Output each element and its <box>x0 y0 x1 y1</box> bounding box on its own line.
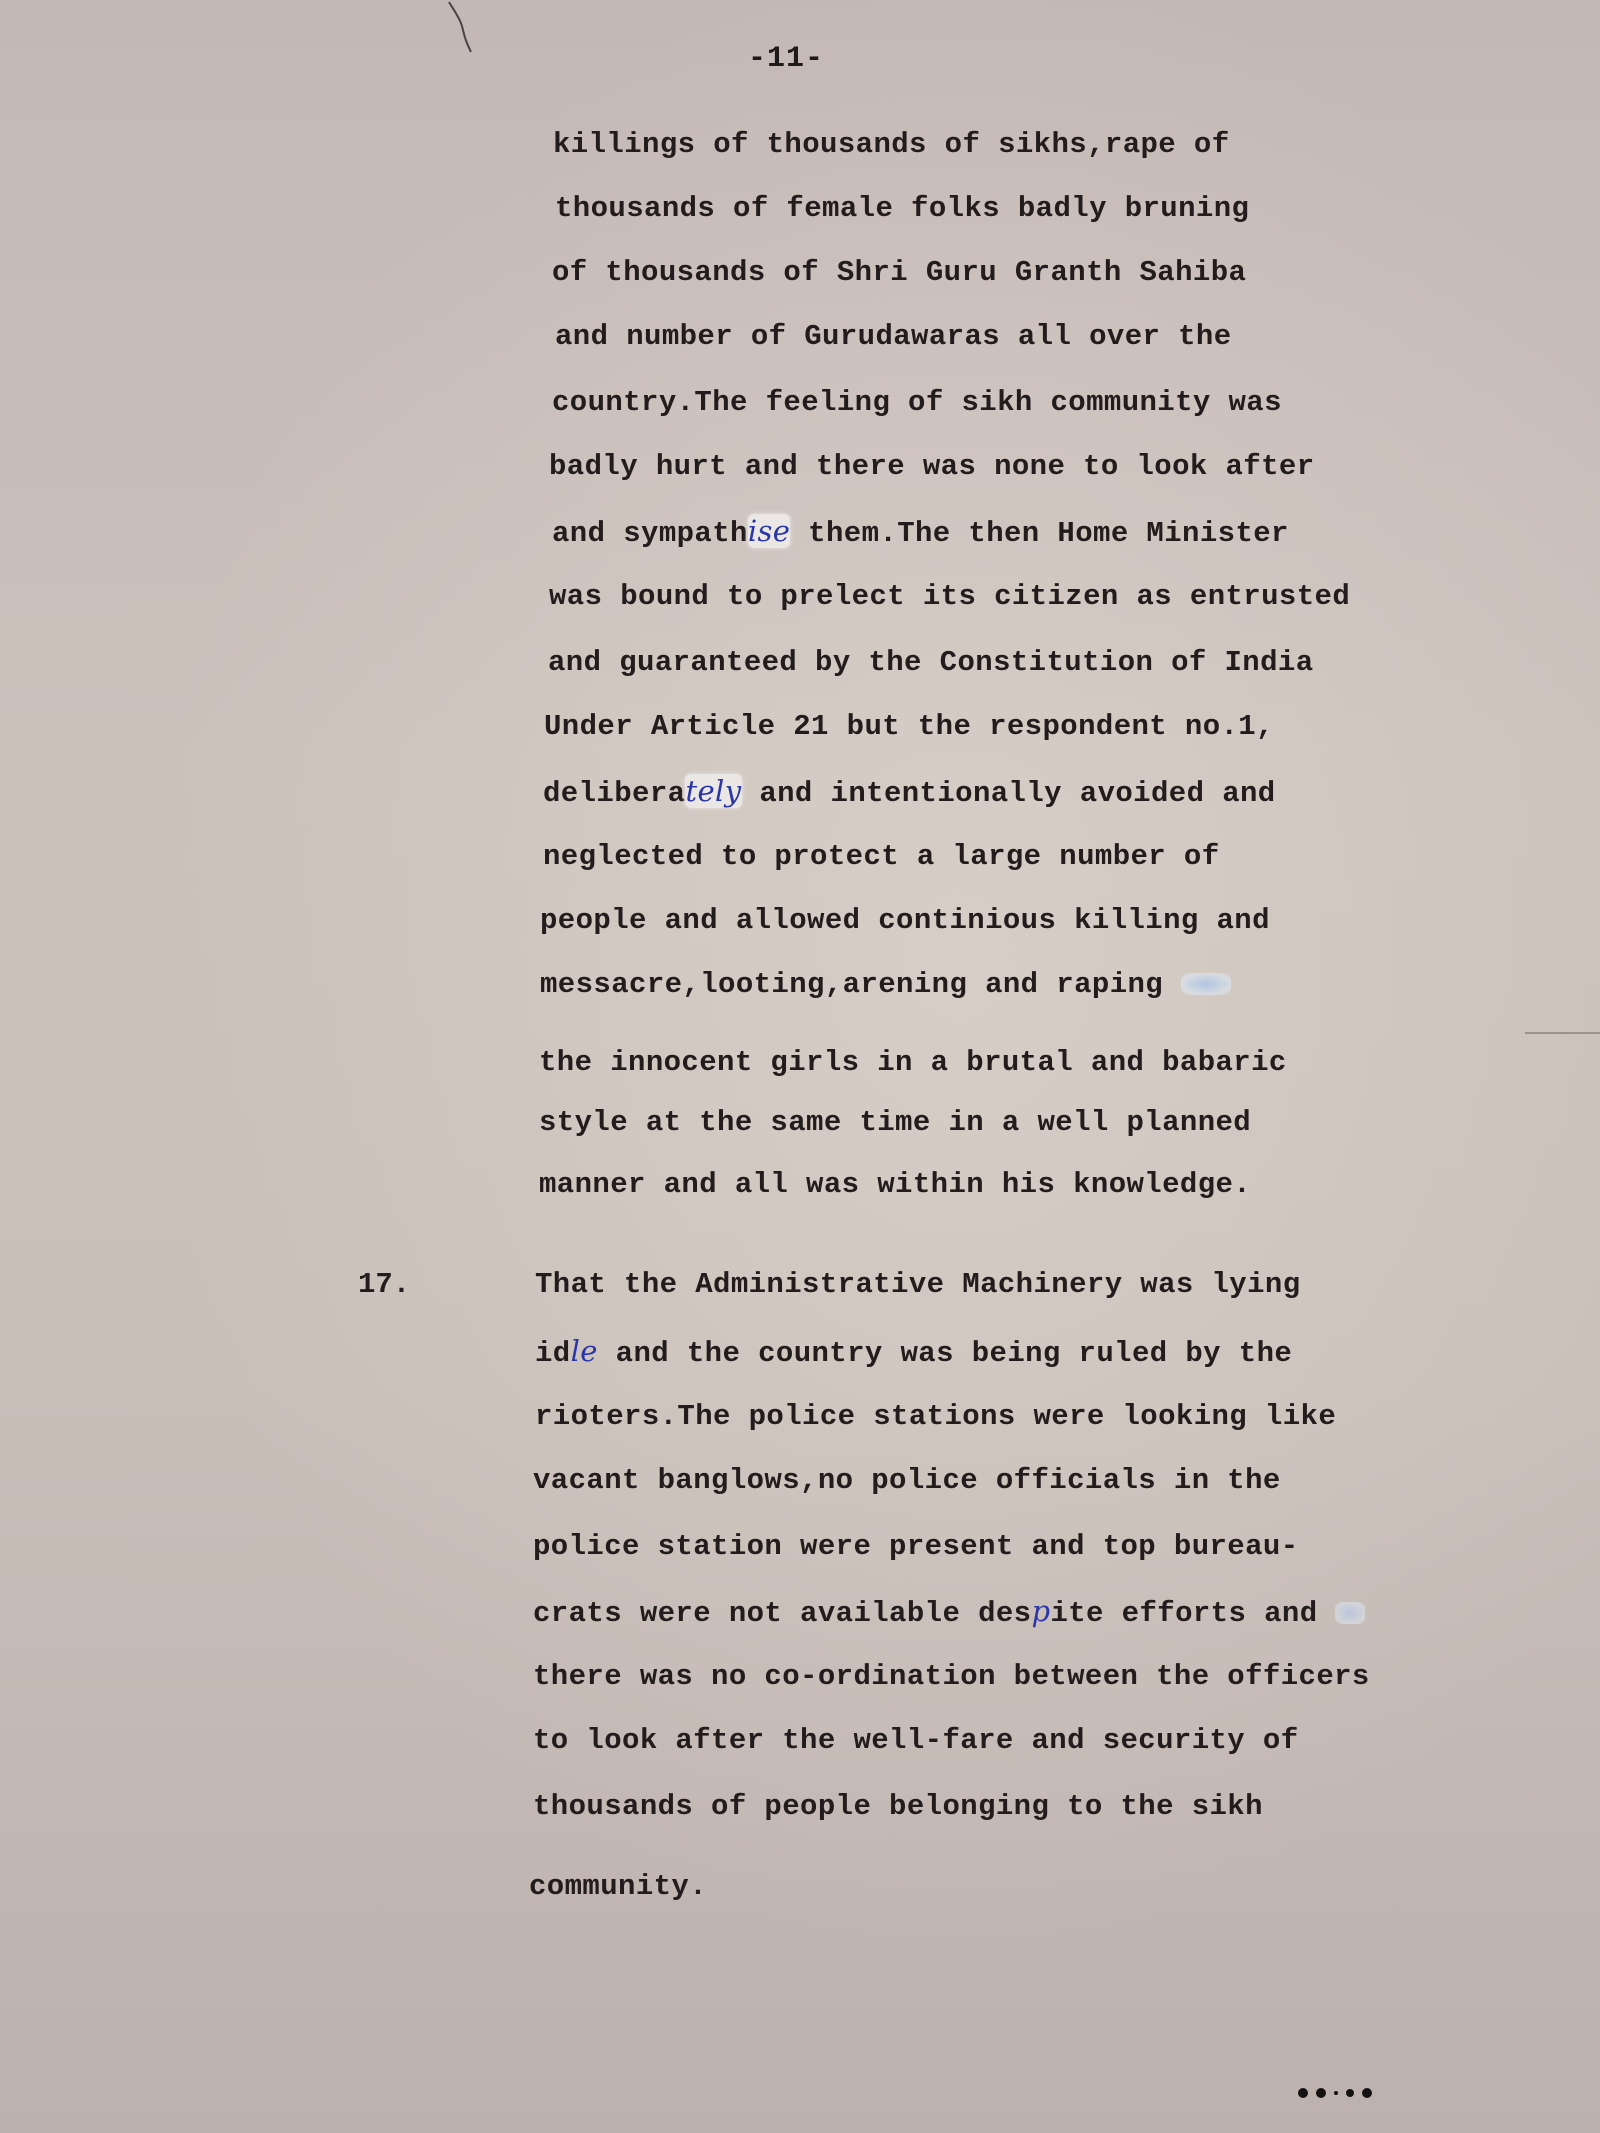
text-line-with-whiteout: messacre,looting,arening and raping <box>540 968 1231 1001</box>
text-line: was bound to prelect its citizen as entr… <box>549 580 1350 613</box>
continuation-dot <box>1334 2091 1338 2095</box>
text-line: the innocent girls in a brutal and babar… <box>539 1046 1287 1079</box>
text-line: vacant banglows,no police officials in t… <box>533 1464 1281 1497</box>
text-line: That the Administrative Machinery was ly… <box>535 1268 1301 1301</box>
correction-fluid-mark <box>1181 973 1231 995</box>
pen-scratch-mark <box>447 0 477 55</box>
text-line-with-correction: crats were not available despite efforts… <box>533 1594 1365 1630</box>
handwritten-correction: tely <box>685 774 741 808</box>
document-page: -11- killings of thousands of sikhs,rape… <box>0 0 1600 2133</box>
text-line: to look after the well-fare and security… <box>533 1724 1299 1757</box>
text-line: killings of thousands of sikhs,rape of <box>553 128 1230 161</box>
handwritten-correction: le <box>571 1334 598 1368</box>
paper-edge-mark <box>1525 1030 1600 1036</box>
text-line: badly hurt and there was none to look af… <box>549 450 1315 483</box>
text-line-with-correction: idle and the country was being ruled by … <box>535 1334 1292 1370</box>
text-line: of thousands of Shri Guru Granth Sahiba <box>552 256 1246 289</box>
text-line: and number of Gurudawaras all over the <box>555 320 1232 353</box>
text-line: style at the same time in a well planned <box>539 1106 1251 1139</box>
text-line: police station were present and top bure… <box>533 1530 1299 1563</box>
text-line: thousands of female folks badly bruning <box>555 192 1249 225</box>
continuation-dot <box>1316 2088 1326 2098</box>
text-line: and guaranteed by the Constitution of In… <box>548 646 1314 679</box>
continuation-marker <box>1298 2088 1372 2098</box>
text-line: community. <box>529 1870 707 1903</box>
text-line: there was no co-ordination between the o… <box>533 1660 1370 1693</box>
handwritten-correction: p <box>1031 1594 1050 1628</box>
text-line-with-correction: deliberately and intentionally avoided a… <box>543 774 1276 810</box>
handwritten-correction: ise <box>748 514 791 548</box>
text-line: Under Article 21 but the respondent no.1… <box>544 710 1274 743</box>
continuation-dot <box>1298 2088 1308 2098</box>
text-line: country.The feeling of sikh community wa… <box>552 386 1282 419</box>
text-line-with-correction: and sympathise them.The then Home Minist… <box>552 514 1289 550</box>
page-number: -11- <box>748 42 824 76</box>
text-line: manner and all was within his knowledge. <box>539 1168 1251 1201</box>
continuation-dot <box>1362 2088 1372 2098</box>
text-line: rioters.The police stations were looking… <box>535 1400 1336 1433</box>
text-line: neglected to protect a large number of <box>543 840 1220 873</box>
paragraph-number: 17. <box>358 1268 410 1301</box>
text-line: thousands of people belonging to the sik… <box>533 1790 1263 1823</box>
continuation-dot <box>1346 2089 1354 2097</box>
text-line: people and allowed continious killing an… <box>540 904 1270 937</box>
correction-fluid-mark <box>1335 1602 1365 1624</box>
